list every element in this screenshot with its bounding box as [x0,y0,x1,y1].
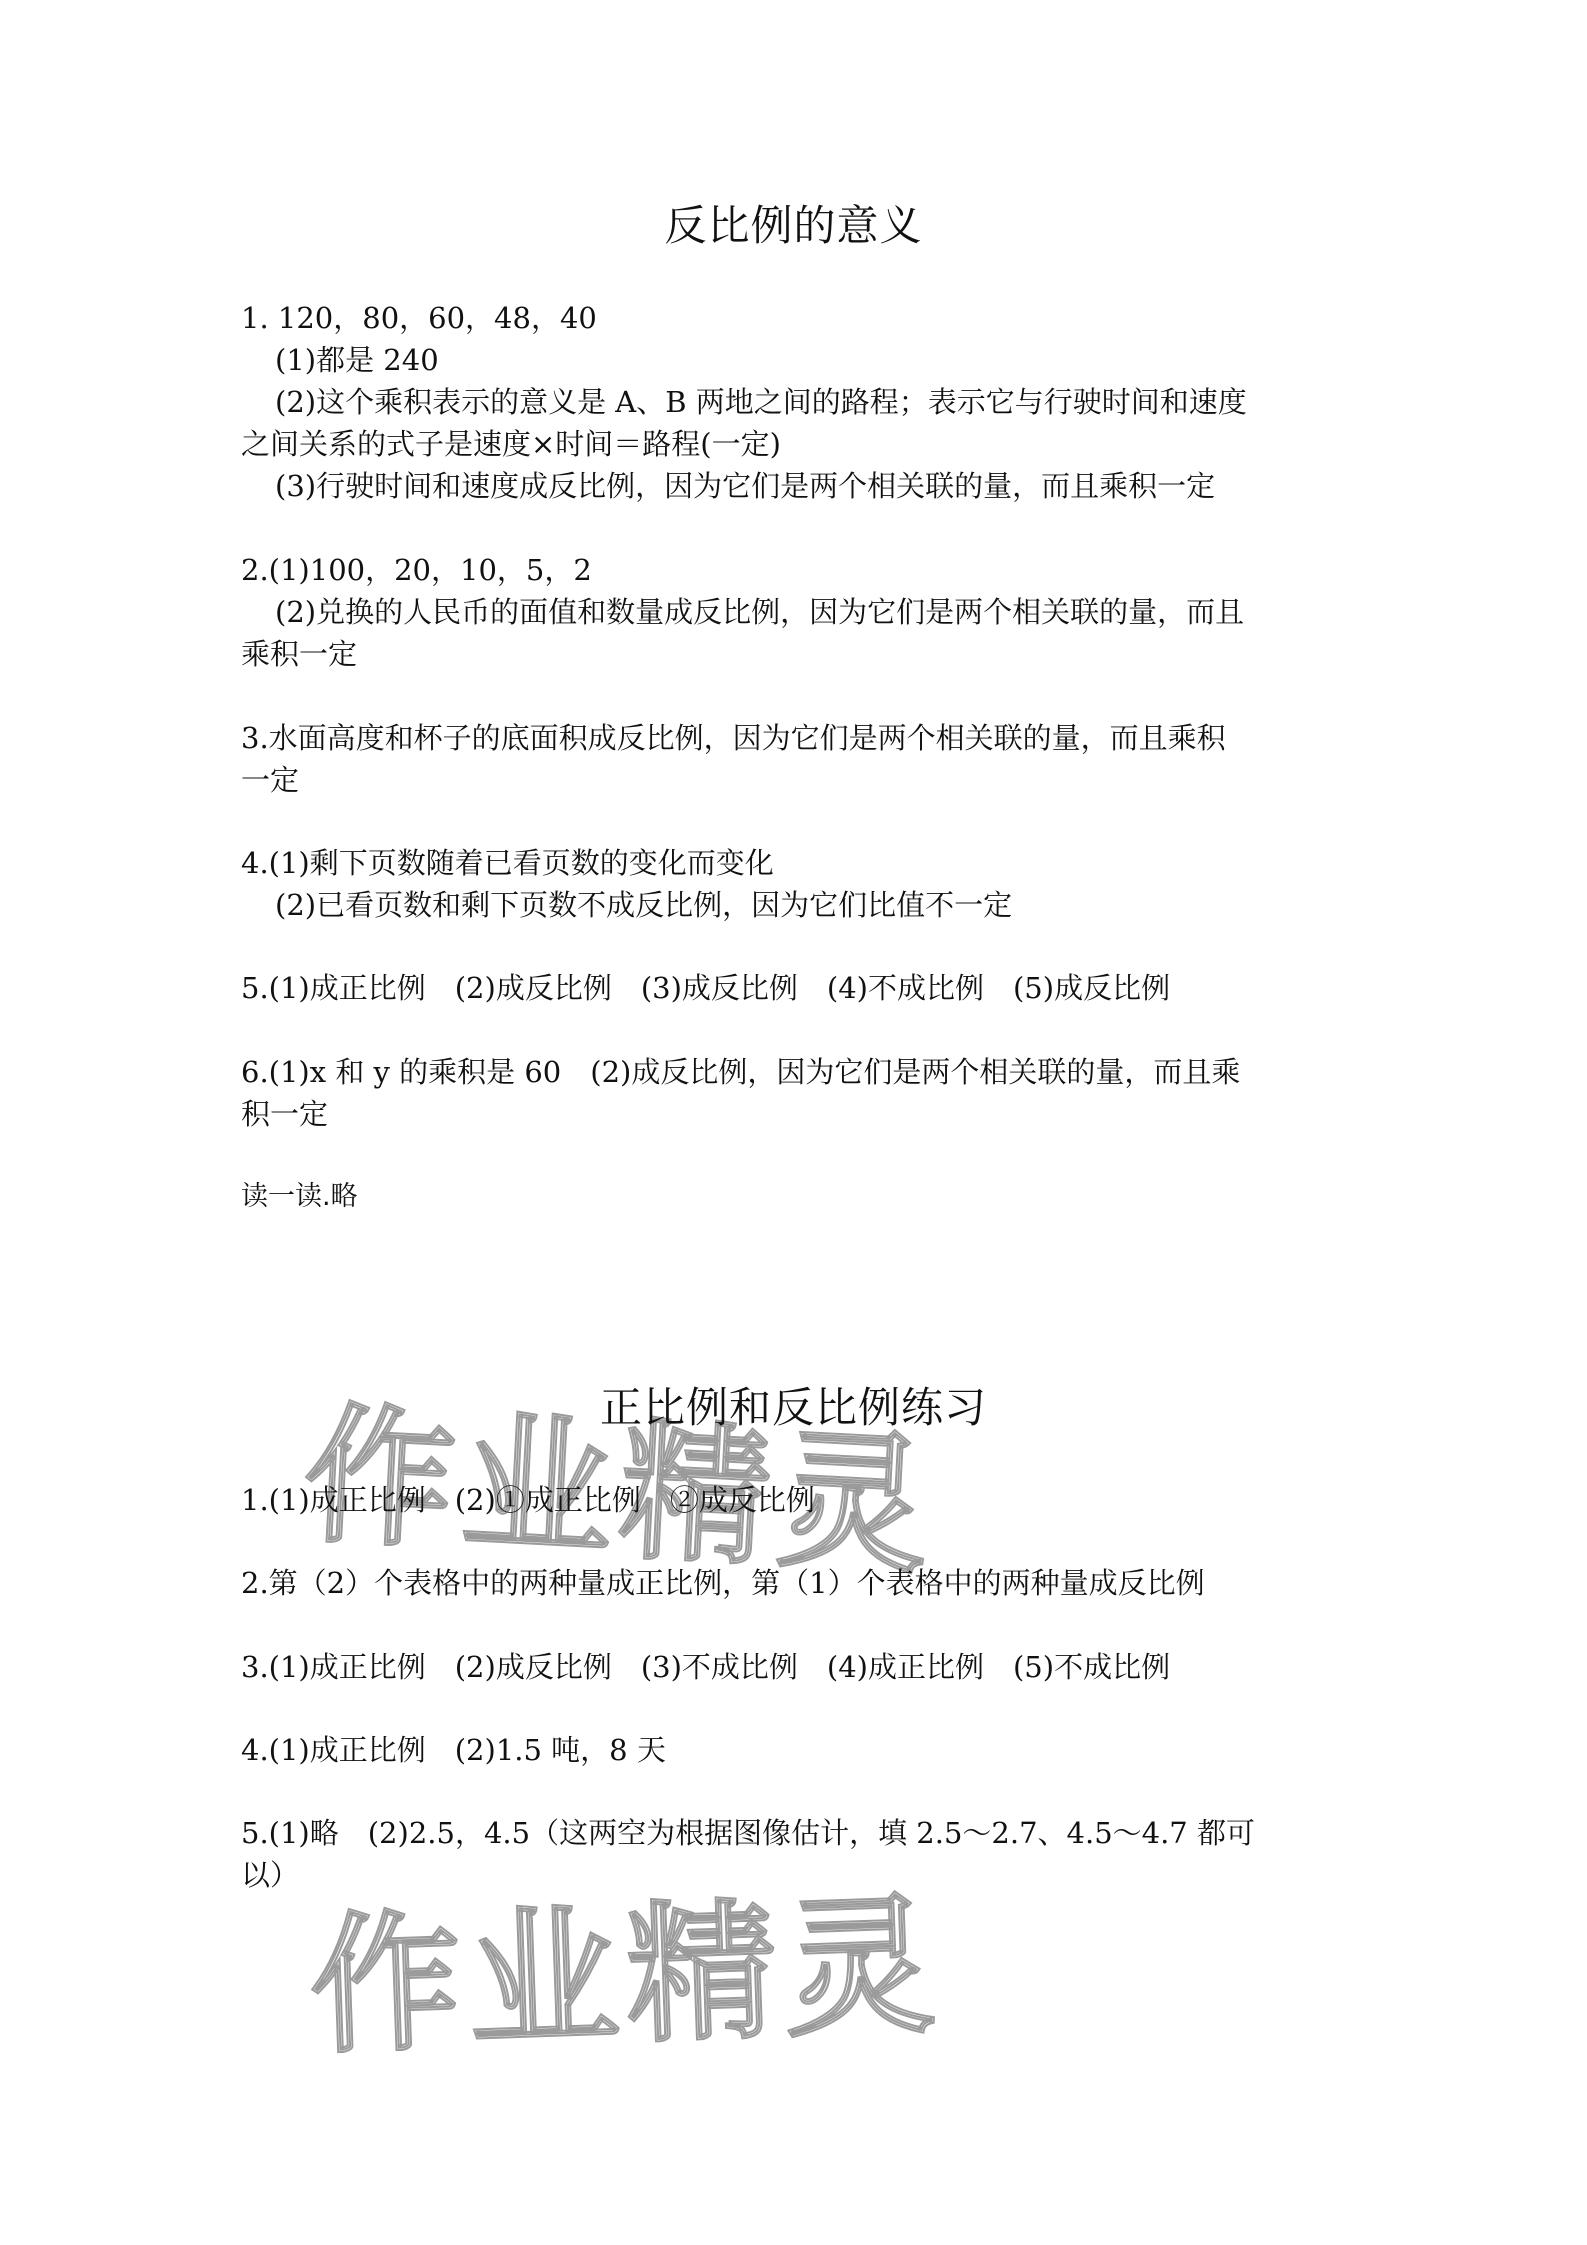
answer-line: 2.(1)100，20，10，5，2 [241,550,592,590]
answer-line: 读一读.略 [241,1177,358,1217]
answer-line: 之间关系的式子是速度×时间＝路程(一定) [241,424,781,464]
answer-line: 一定 [241,760,299,800]
section-title-proportion-practice: 正比例和反比例练习 [0,1375,1587,1435]
answer-line: (2)已看页数和剩下页数不成反比例，因为它们比值不一定 [275,885,1012,925]
answer-line: 6.(1)x 和 y 的乘积是 60 (2)成反比例，因为它们是两个相关联的量，… [241,1052,1240,1092]
answer-line: 2.第（2）个表格中的两种量成正比例，第（1）个表格中的两种量成反比例 [241,1563,1205,1603]
answer-line: (2)这个乘积表示的意义是 A、B 两地之间的路程；表示它与行驶时间和速度 [275,382,1247,422]
answer-line: 积一定 [241,1094,328,1134]
watermark-bottom: 作业精灵 [306,1844,945,2082]
answer-line: (2)兑换的人民币的面值和数量成反比例，因为它们是两个相关联的量，而且 [275,592,1244,632]
answer-line: 3.(1)成正比例 (2)成反比例 (3)不成比例 (4)成正比例 (5)不成比… [241,1647,1170,1687]
answer-line: 4.(1)成正比例 (2)1.5 吨，8 天 [241,1730,666,1770]
answer-line: 以） [241,1855,299,1895]
answer-line: 5.(1)略 (2)2.5，4.5（这两空为根据图像估计，填 2.5～2.7、4… [241,1813,1255,1853]
answer-line: 1.(1)成正比例 (2)①成正比例 ②成反比例 [241,1480,815,1520]
answer-line: 5.(1)成正比例 (2)成反比例 (3)成反比例 (4)不成比例 (5)成反比… [241,968,1170,1008]
answer-line: (1)都是 240 [275,340,439,380]
section-title-inverse-proportion: 反比例的意义 [0,193,1587,253]
answer-line: 4.(1)剩下页数随着已看页数的变化而变化 [241,843,774,883]
answer-line: 3.水面高度和杯子的底面积成反比例，因为它们是两个相关联的量，而且乘积 [241,718,1226,758]
answer-line: 乘积一定 [241,634,357,674]
answer-line: 1. 120，80，60，48，40 [241,298,597,338]
answer-line: (3)行驶时间和速度成反比例，因为它们是两个相关联的量，而且乘积一定 [275,466,1215,506]
